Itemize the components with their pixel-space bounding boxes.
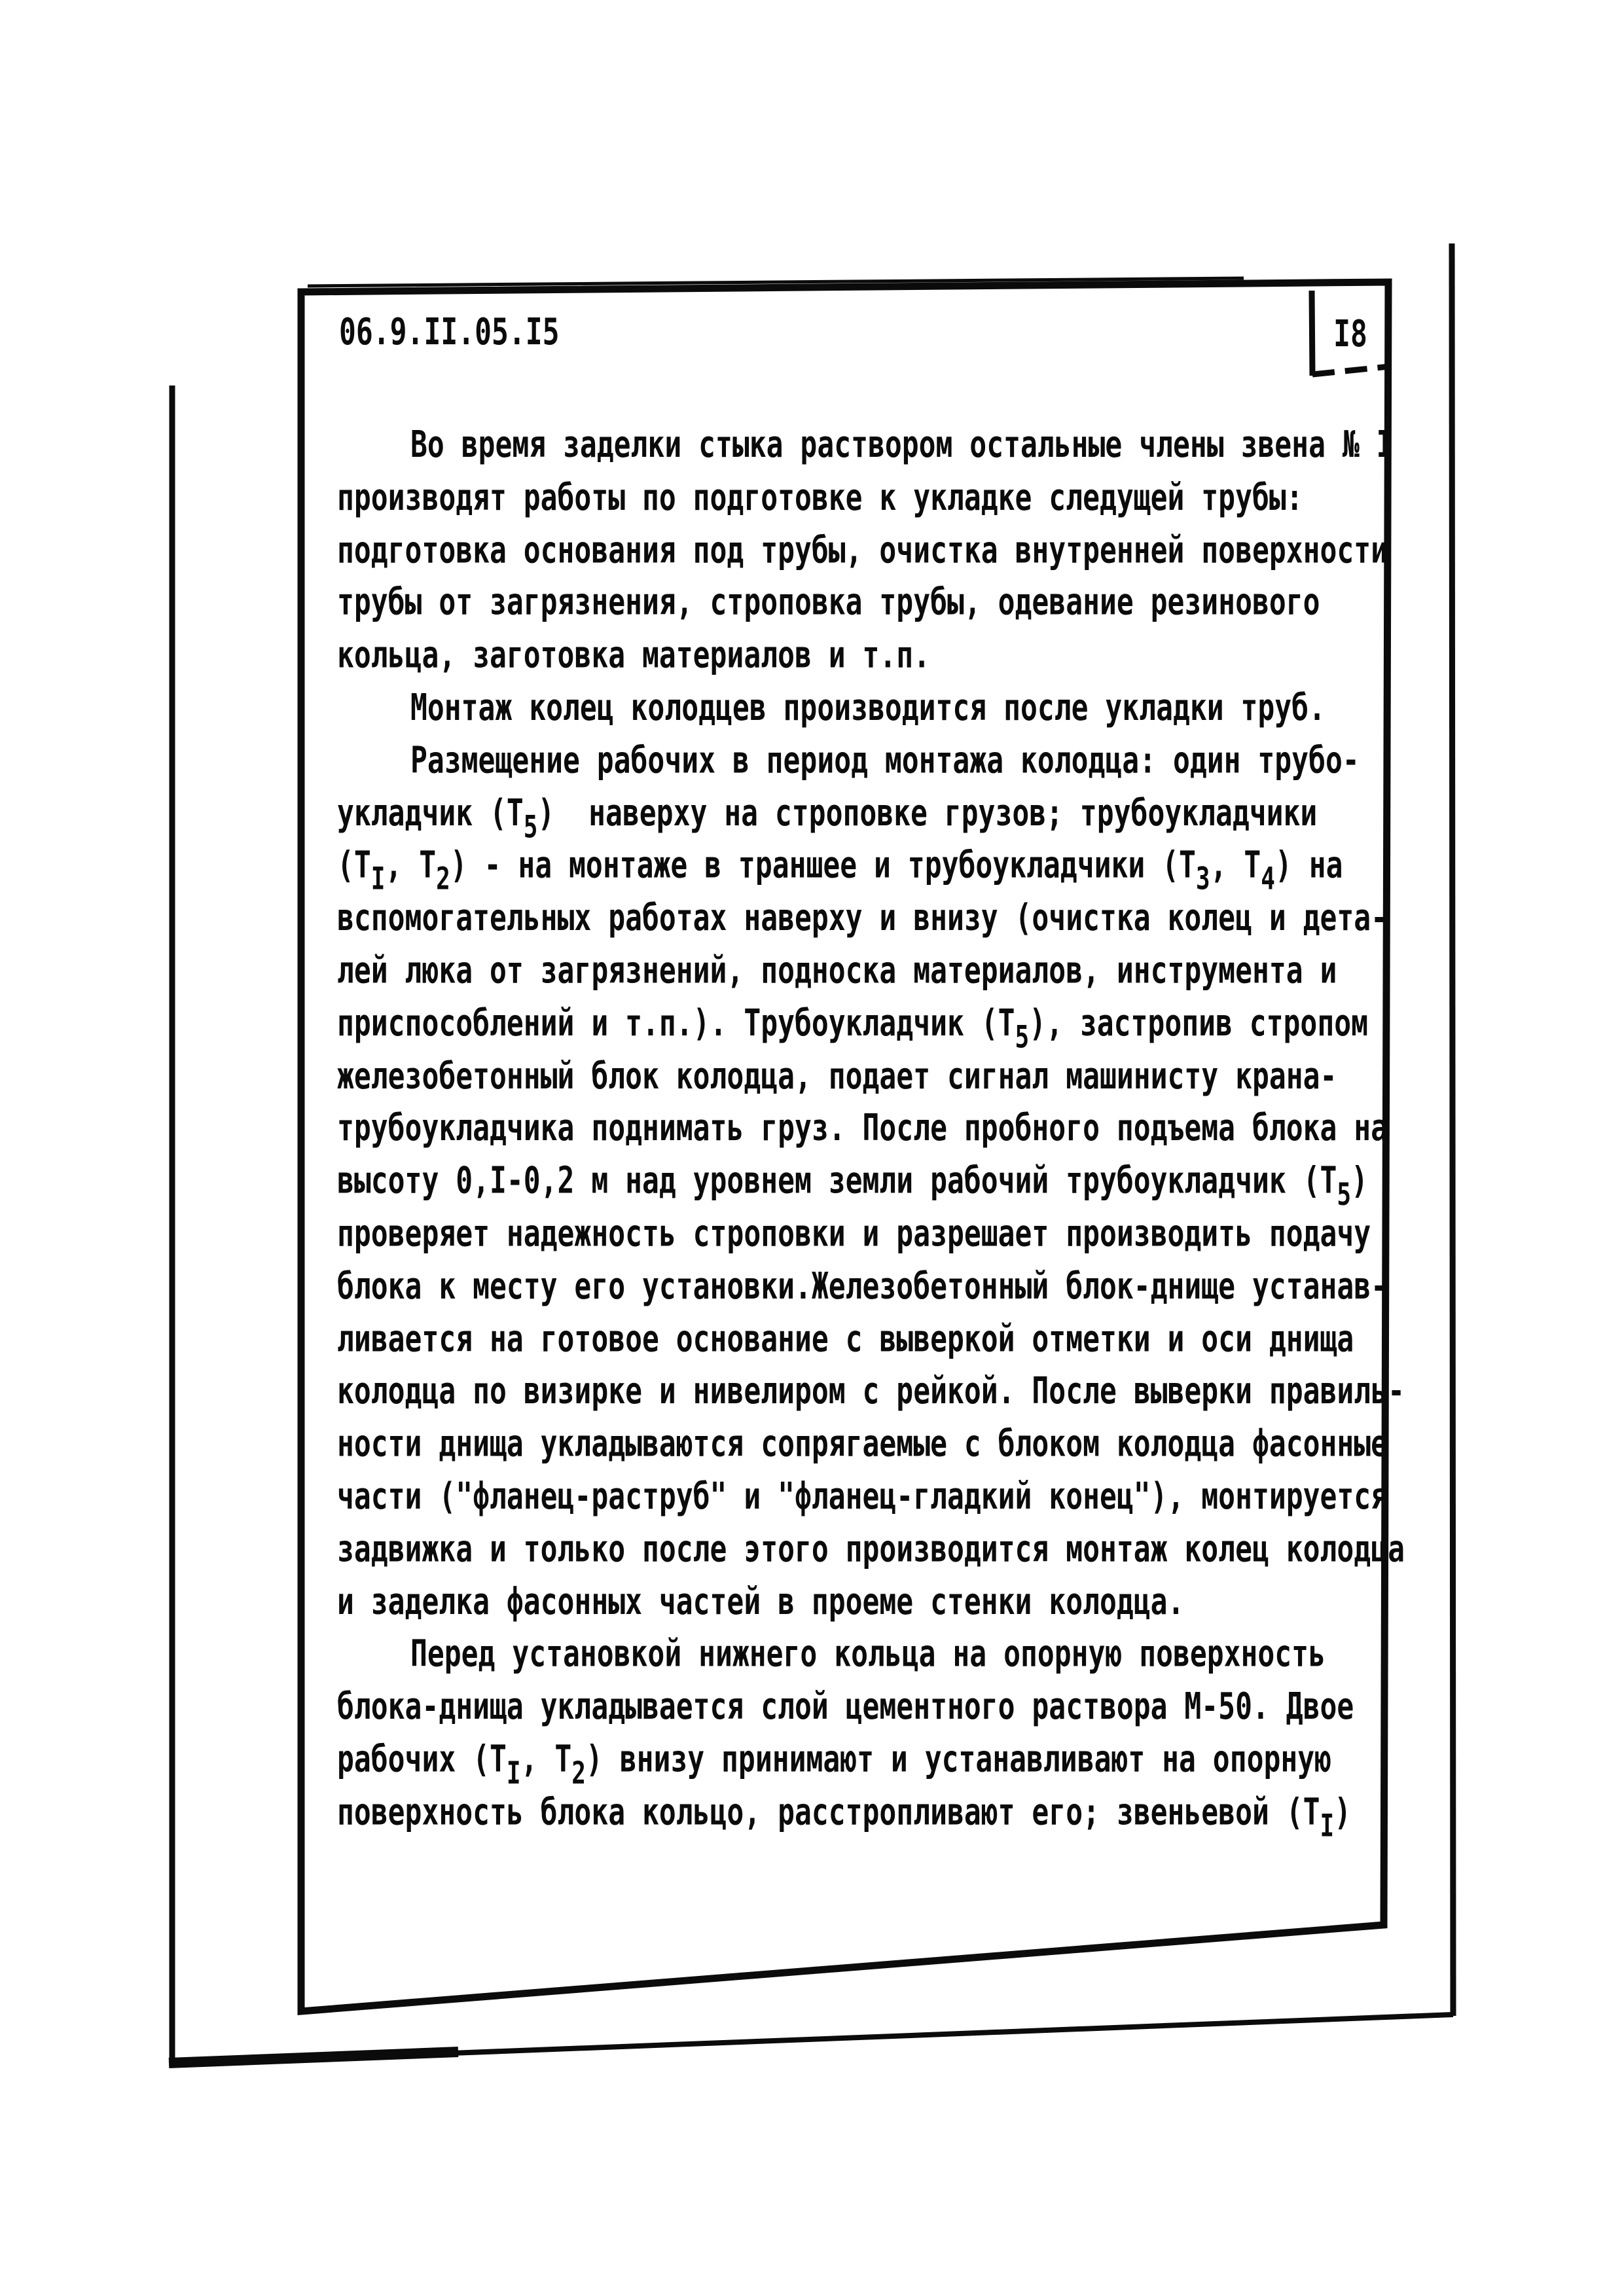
text-line: трубы от загрязнения, строповка трубы, о… bbox=[337, 577, 1424, 630]
body-text: Во время заделки стыка раствором остальн… bbox=[337, 420, 1424, 1839]
text-line: блока к месту его установки.Железобетонн… bbox=[337, 1261, 1424, 1313]
text-line: проверяет надежность строповки и разреша… bbox=[337, 1208, 1424, 1261]
text-line: вспомогательных работах наверху и внизу … bbox=[337, 893, 1424, 945]
text-line: Размещение рабочих в период монтажа коло… bbox=[337, 735, 1424, 787]
text-line: Во время заделки стыка раствором остальн… bbox=[337, 420, 1424, 472]
text-line: укладчик (Т5) наверху на строповке грузо… bbox=[337, 787, 1424, 840]
text-line: рабочих (ТI, Т2) внизу принимают и устан… bbox=[337, 1734, 1424, 1786]
text-line: (ТI, Т2) - на монтаже в траншее и трубоу… bbox=[337, 840, 1424, 893]
text-line: Перед установкой нижнего кольца на опорн… bbox=[337, 1629, 1424, 1681]
text-line: производят работы по подготовке к укладк… bbox=[337, 472, 1424, 524]
text-line: лей люка от загрязнений, подноска матери… bbox=[337, 945, 1424, 997]
text-line: колодца по визирке и нивелиром с рейкой.… bbox=[337, 1366, 1424, 1418]
text-line: части ("фланец-раструб" и "фланец-гладки… bbox=[337, 1471, 1424, 1524]
text-line: ливается на готовое основание с выверкой… bbox=[337, 1314, 1424, 1366]
outer-frame-bottom-line bbox=[452, 2015, 1453, 2053]
page-number-label: I8 bbox=[1312, 309, 1389, 361]
text-line: ности днища укладываются сопрягаемые с б… bbox=[337, 1418, 1424, 1471]
outer-frame-right-line bbox=[1452, 243, 1453, 2016]
outer-frame-bottom-left-thick-line bbox=[169, 2052, 458, 2063]
text-line: поверхность блока кольцо, расстропливают… bbox=[337, 1787, 1424, 1839]
document-page: 06.9.II.05.I5 I8 Во время заделки стыка … bbox=[0, 0, 1624, 2296]
text-line: приспособлений и т.п.). Трубоукладчик (Т… bbox=[337, 998, 1424, 1050]
text-line: подготовка основания под трубы, очистка … bbox=[337, 525, 1424, 577]
text-line: Монтаж колец колодцев производится после… bbox=[337, 683, 1424, 735]
doc-code: 06.9.II.05.I5 bbox=[339, 307, 560, 359]
text-line: задвижка и только после этого производит… bbox=[337, 1524, 1424, 1576]
page-number-box-bottom-line bbox=[1312, 367, 1389, 374]
text-line: трубоукладчика поднимать груз. После про… bbox=[337, 1103, 1424, 1155]
text-line: высоту 0,I-0,2 м над уровнем земли рабоч… bbox=[337, 1156, 1424, 1208]
text-line: кольца, заготовка материалов и т.п. bbox=[337, 630, 1424, 682]
text-line: блока-днища укладывается слой цементного… bbox=[337, 1681, 1424, 1734]
text-line: железобетонный блок колодца, подает сигн… bbox=[337, 1050, 1424, 1103]
text-line: и заделка фасонных частей в проеме стенк… bbox=[337, 1576, 1424, 1628]
